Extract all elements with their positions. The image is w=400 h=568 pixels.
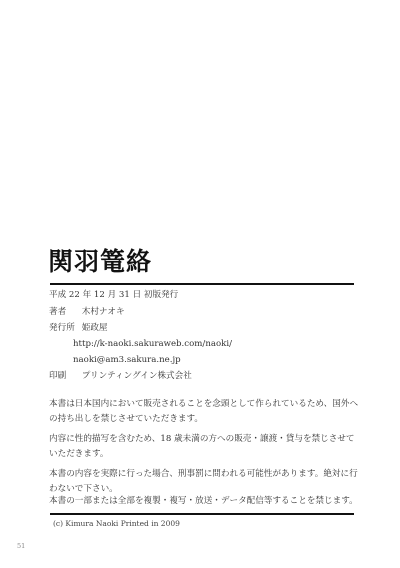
printer-name: プリンティングイン株式会社: [82, 371, 192, 381]
printer-label: 印刷: [49, 371, 79, 382]
notice-copy: 本書の一部または全部を複製・複写・放送・データ配信等することを禁じます。: [49, 494, 359, 509]
publication-date: 平成 22 年 12 月 31 日 初版発行: [49, 290, 178, 301]
publisher-name: 姫政屋: [82, 323, 108, 333]
notice-age: 内容に性的描写を含むため、18 歳未満の方への販売・譲渡・貸与を禁じさせていただ…: [49, 432, 359, 462]
publisher-url[interactable]: http://k-naoki.sakuraweb.com/naoki/: [73, 339, 232, 350]
top-rule: [50, 283, 354, 285]
printer-line: 印刷 プリンティングイン株式会社: [49, 371, 192, 382]
author-line: 著者 木村ナオキ: [49, 307, 125, 318]
author-name: 木村ナオキ: [82, 307, 125, 317]
page-number: 51: [17, 542, 25, 550]
colophon-page: 関羽篭絡 平成 22 年 12 月 31 日 初版発行 著者 木村ナオキ 発行所…: [0, 0, 400, 568]
publisher-line: 発行所 姫政屋: [49, 323, 108, 334]
bottom-rule: [50, 513, 354, 515]
author-label: 著者: [49, 307, 79, 318]
copyright: (c) Kimura Naoki Printed in 2009: [53, 519, 180, 528]
publisher-label: 発行所: [49, 323, 79, 334]
notice-export: 本書は日本国内において販売されることを念頭として作られているため、国外への持ち出…: [49, 397, 359, 427]
notice-legal: 本書の内容を実際に行った場合、刑事罰に問われる可能性があります。絶対に行わないで…: [49, 467, 359, 497]
publisher-email[interactable]: naoki@am3.sakura.ne.jp: [73, 355, 181, 366]
book-title: 関羽篭絡: [48, 248, 152, 276]
